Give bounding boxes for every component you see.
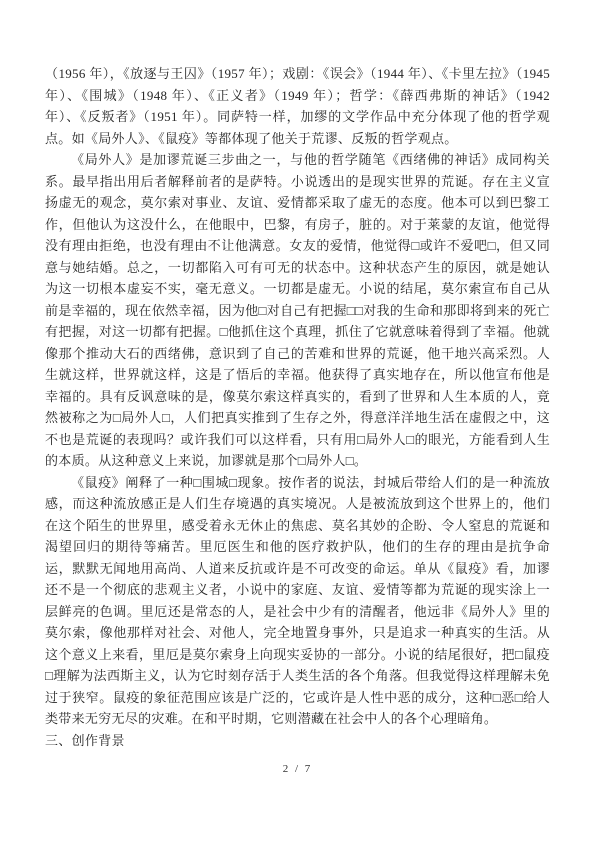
paragraph-the-stranger-analysis: 《局外人》是加谬荒诞三步曲之一，与他的哲学随笔《西绪佛的神话》成同构关系。最早指… <box>45 149 550 472</box>
paragraph-the-plague-analysis: 《鼠疫》阐释了一种□围城□现象。按作者的说法，封城后带给人们的是一种流放感，而这… <box>45 472 550 730</box>
paragraph-works-list-continuation: （1956 年），《放逐与王囚》（1957 年）；戏剧：《误会》（1944 年）… <box>45 63 550 149</box>
document-page: （1956 年），《放逐与王囚》（1957 年）；戏剧：《误会》（1944 年）… <box>0 0 595 841</box>
page-number: 2 / 7 <box>0 759 595 781</box>
section-heading: 三、创作背景 <box>45 730 550 752</box>
